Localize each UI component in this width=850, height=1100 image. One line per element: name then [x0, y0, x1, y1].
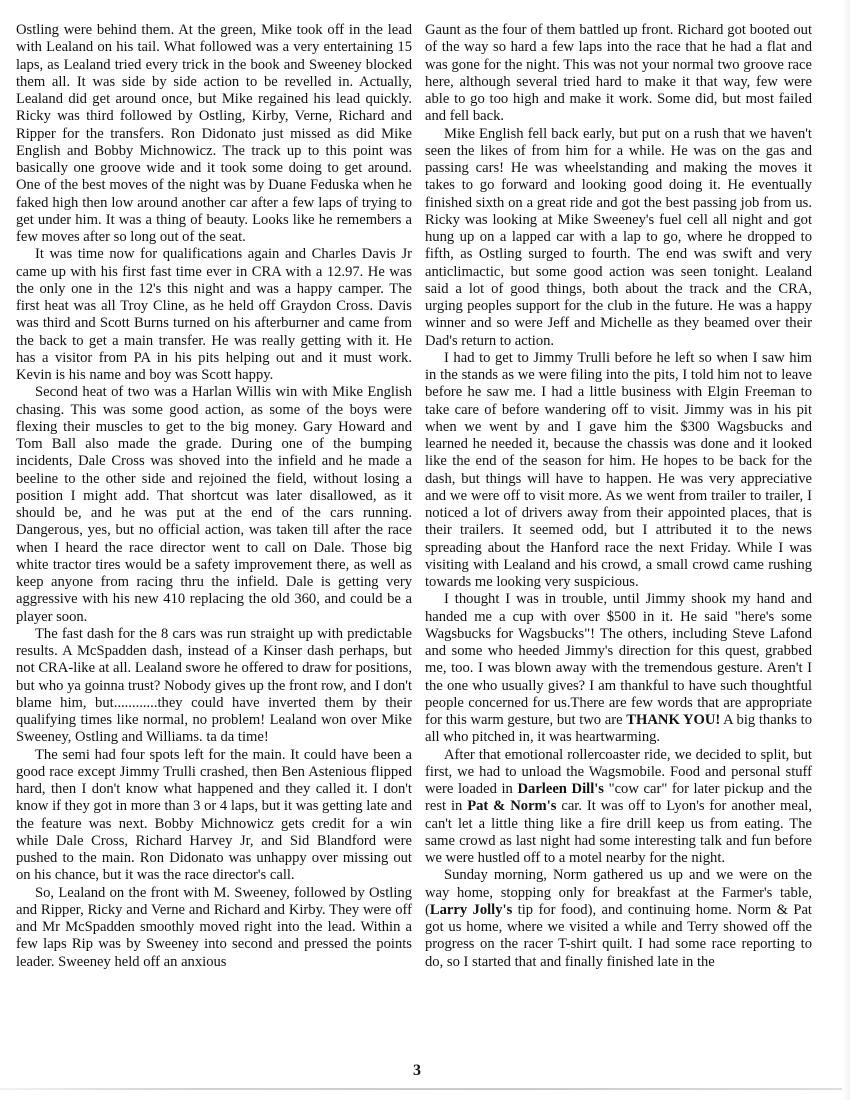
paragraph-mike-english: Mike English fell back early, but put on…: [425, 126, 812, 350]
bold-thank-you: THANK YOU!: [626, 712, 720, 728]
paragraph-qualifications: It was time now for qualifications again…: [16, 246, 412, 384]
page-number-text: 3: [413, 1062, 421, 1079]
paragraph-second-heat: Second heat of two was a Harlan Willis w…: [16, 384, 412, 626]
paragraph-race-recap-start: Ostling were behind them. At the green, …: [16, 22, 412, 246]
paragraph-sunday-morning: Sunday morning, Norm gathered us up and …: [425, 867, 812, 971]
bold-name: Darleen Dill's: [517, 781, 604, 797]
paragraph-fast-dash: The fast dash for the 8 cars was run str…: [16, 626, 412, 747]
paragraph-wagsbucks: I thought I was in trouble, until Jimmy …: [425, 591, 812, 746]
bold-name: Larry Jolly's: [430, 902, 512, 918]
paragraph-main-start: So, Lealand on the front with M. Sweeney…: [16, 885, 412, 971]
bold-name: Pat & Norm's: [467, 798, 556, 814]
left-column: Ostling were behind them. At the green, …: [16, 22, 412, 971]
paragraph-rollercoaster: After that emotional rollercoaster ride,…: [425, 747, 812, 868]
paragraph-main-continued: Gaunt as the four of them battled up fro…: [425, 22, 812, 126]
document-page: Ostling were behind them. At the green, …: [0, 0, 850, 1100]
right-column: Gaunt as the four of them battled up fro…: [425, 22, 812, 971]
page-number: 3: [0, 1062, 850, 1080]
paragraph-jimmy-trulli: I had to get to Jimmy Trulli before he l…: [425, 350, 812, 592]
scan-right-edge: [842, 0, 850, 1100]
paragraph-semi: The semi had four spots left for the mai…: [16, 747, 412, 885]
scan-bottom-edge: [0, 1088, 850, 1090]
text-run: I thought I was in trouble, until Jimmy …: [425, 591, 812, 728]
